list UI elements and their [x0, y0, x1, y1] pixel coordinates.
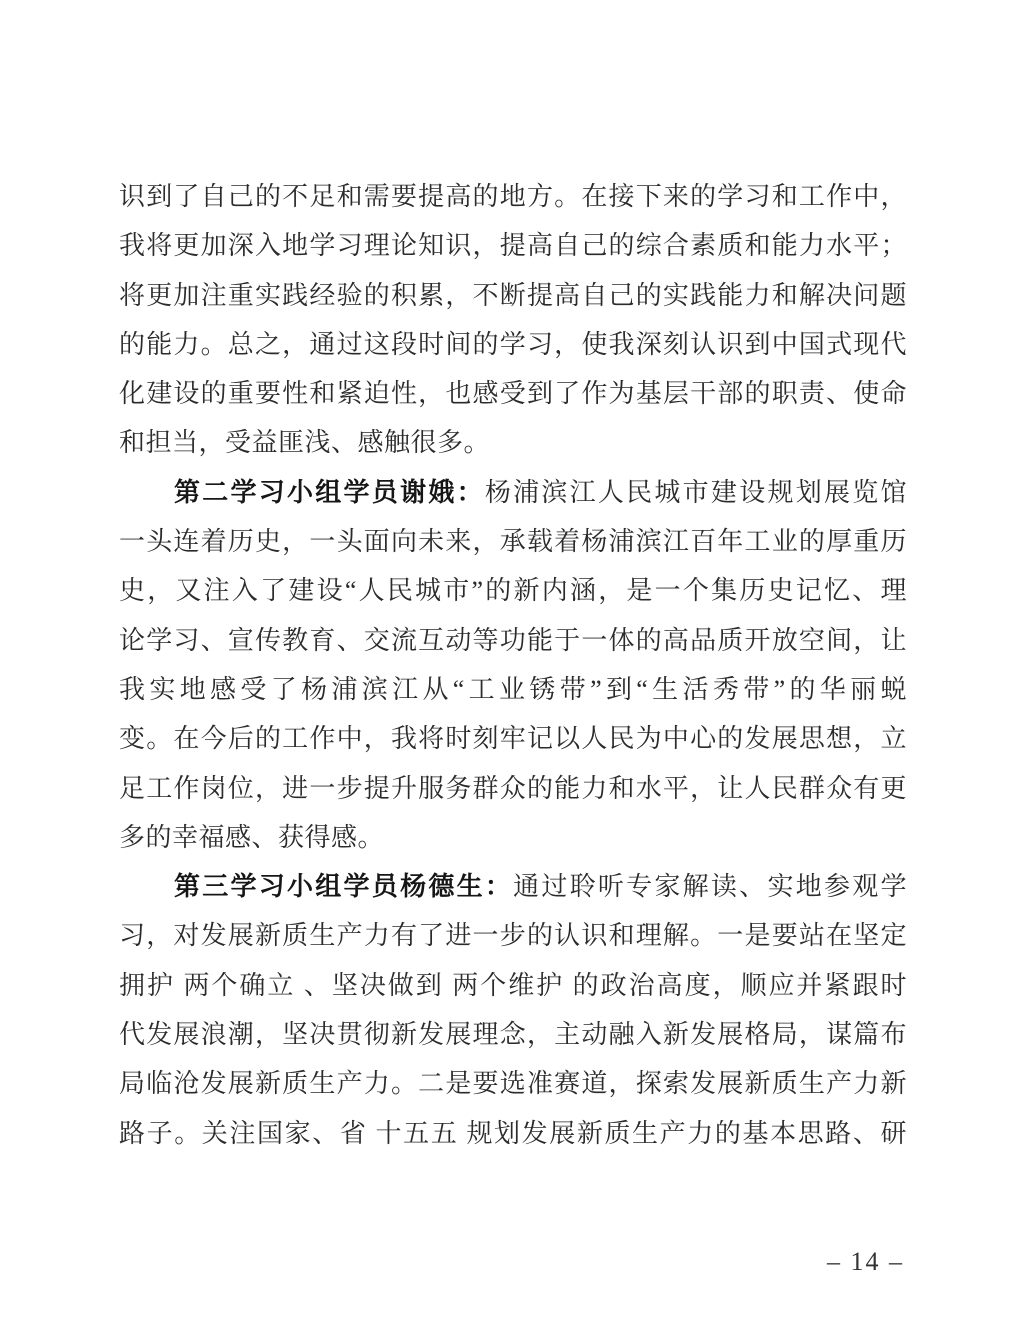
line-text: 局临沧发展新质生产力。二是要选准赛道，探索发展新质生产力新	[119, 1069, 907, 1098]
line-text: 变。在今后的工作中，我将时刻牢记以人民为中心的发展思想，立	[119, 724, 907, 753]
line-text: 习，对发展新质生产力有了进一步的认识和理解。一是要站在坚定	[119, 921, 907, 950]
line-text: 一头连着历史，一头面向未来，承载着杨浦滨江百年工业的厚重历	[119, 527, 907, 556]
line-text: 史，又注入了建设“人民城市”的新内涵，是一个集历史记忆、理	[119, 576, 907, 605]
text-line: 习，对发展新质生产力有了进一步的认识和理解。一是要站在坚定	[119, 911, 907, 960]
line-text: 多的幸福感、获得感。	[119, 823, 384, 852]
text-line: 第二学习小组学员谢娥：杨浦滨江人民城市建设规划展览馆	[119, 468, 907, 517]
line-text: 拥护 两个确立 、坚决做到 两个维护 的政治高度，顺应并紧跟时	[119, 971, 907, 1000]
text-line: 和担当，受益匪浅、感触很多。	[119, 418, 907, 467]
line-text: 足工作岗位，进一步提升服务群众的能力和水平，让人民群众有更	[119, 774, 907, 803]
line-text: 识到了自己的不足和需要提高的地方。在接下来的学习和工作中，	[119, 182, 907, 211]
text-line: 变。在今后的工作中，我将时刻牢记以人民为中心的发展思想，立	[119, 714, 907, 763]
line-text: 我将更加深入地学习理论知识，提高自己的综合素质和能力水平；	[119, 231, 907, 260]
text-line: 识到了自己的不足和需要提高的地方。在接下来的学习和工作中，	[119, 172, 907, 221]
text-line: 的能力。总之，通过这段时间的学习，使我深刻认识到中国式现代	[119, 320, 907, 369]
paragraph-lead: 第三学习小组学员杨德生：	[174, 872, 513, 901]
text-line: 论学习、宣传教育、交流互动等功能于一体的高品质开放空间，让	[119, 616, 907, 665]
paragraph-lead: 第二学习小组学员谢娥：	[174, 478, 485, 507]
text-line: 足工作岗位，进一步提升服务群众的能力和水平，让人民群众有更	[119, 764, 907, 813]
text-line: 将更加注重实践经验的积累，不断提高自己的实践能力和解决问题	[119, 271, 907, 320]
page-number: – 14 –	[827, 1247, 904, 1277]
text-line: 第三学习小组学员杨德生：通过聆听专家解读、实地参观学	[119, 862, 907, 911]
text-line: 多的幸福感、获得感。	[119, 813, 907, 862]
text-line: 路子。关注国家、省 十五五 规划发展新质生产力的基本思路、研	[119, 1109, 907, 1158]
text-line: 我将更加深入地学习理论知识，提高自己的综合素质和能力水平；	[119, 221, 907, 270]
line-text: 论学习、宣传教育、交流互动等功能于一体的高品质开放空间，让	[119, 626, 907, 655]
text-line: 拥护 两个确立 、坚决做到 两个维护 的政治高度，顺应并紧跟时	[119, 961, 907, 1010]
line-text: 将更加注重实践经验的积累，不断提高自己的实践能力和解决问题	[119, 281, 907, 310]
line-text: 化建设的重要性和紧迫性，也感受到了作为基层干部的职责、使命	[119, 379, 907, 408]
text-line: 史，又注入了建设“人民城市”的新内涵，是一个集历史记忆、理	[119, 566, 907, 615]
line-text: 的能力。总之，通过这段时间的学习，使我深刻认识到中国式现代	[119, 330, 907, 359]
line-text: 通过聆听专家解读、实地参观学	[513, 872, 907, 901]
text-line: 化建设的重要性和紧迫性，也感受到了作为基层干部的职责、使命	[119, 369, 907, 418]
line-text: 路子。关注国家、省 十五五 规划发展新质生产力的基本思路、研	[119, 1119, 907, 1148]
page-body: 识到了自己的不足和需要提高的地方。在接下来的学习和工作中，我将更加深入地学习理论…	[119, 172, 907, 1158]
line-text: 代发展浪潮，坚决贯彻新发展理念，主动融入新发展格局，谋篇布	[119, 1020, 907, 1049]
text-line: 局临沧发展新质生产力。二是要选准赛道，探索发展新质生产力新	[119, 1059, 907, 1108]
line-text: 和担当，受益匪浅、感触很多。	[119, 428, 490, 457]
text-line: 我实地感受了杨浦滨江从“工业锈带”到“生活秀带”的华丽蜕	[119, 665, 907, 714]
document-page: 识到了自己的不足和需要提高的地方。在接下来的学习和工作中，我将更加深入地学习理论…	[0, 0, 1024, 1325]
text-line: 一头连着历史，一头面向未来，承载着杨浦滨江百年工业的厚重历	[119, 517, 907, 566]
line-text: 我实地感受了杨浦滨江从“工业锈带”到“生活秀带”的华丽蜕	[119, 675, 907, 704]
line-text: 杨浦滨江人民城市建设规划展览馆	[485, 478, 907, 507]
text-line: 代发展浪潮，坚决贯彻新发展理念，主动融入新发展格局，谋篇布	[119, 1010, 907, 1059]
